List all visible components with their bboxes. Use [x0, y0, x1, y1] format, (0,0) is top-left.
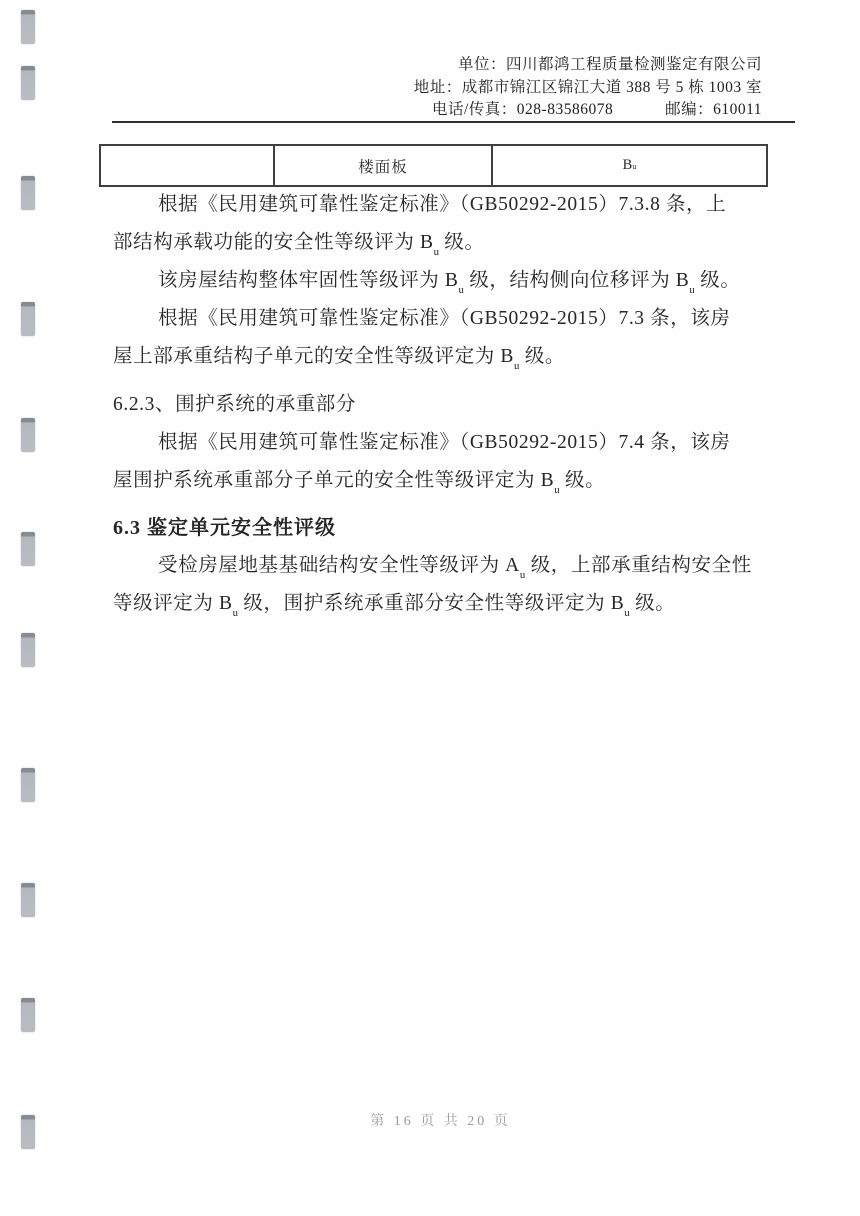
binding-hole — [21, 768, 35, 802]
paragraph: 根据《民用建筑可靠性鉴定标准》（GB50292-2015）7.3.8 条，上部结… — [113, 186, 768, 262]
paragraph-line: 等级评定为 Bu 级，围护系统承重部分安全性等级评定为 Bu 级。 — [113, 585, 768, 623]
paragraph: 根据《民用建筑可靠性鉴定标准》（GB50292-2015）7.4 条，该房屋围护… — [113, 424, 768, 500]
scanned-report-page: 单位：四川都鸿工程质量检测鉴定有限公司 地址：成都市锦江区锦江大道 388 号 … — [0, 0, 860, 1216]
paragraph-line: 根据《民用建筑可靠性鉴定标准》（GB50292-2015）7.3 条，该房 — [113, 300, 768, 338]
paragraph-line: 根据《民用建筑可靠性鉴定标准》（GB50292-2015）7.3.8 条，上 — [113, 186, 768, 224]
paragraph-line: 屋围护系统承重部分子单元的安全性等级评定为 Bu 级。 — [113, 462, 768, 500]
rating-table-row: 楼面板 Bu — [99, 144, 768, 187]
paragraph: 该房屋结构整体牢固性等级评为 Bu 级，结构侧向位移评为 Bu 级。 — [113, 262, 768, 300]
binding-hole — [21, 10, 35, 44]
page-number: 第 16 页 共 20 页 — [113, 1110, 768, 1130]
binding-hole — [21, 66, 35, 100]
letterhead-postcode: 邮编：610011 — [665, 99, 762, 122]
rating-table-cell-component: 楼面板 — [275, 146, 493, 185]
letterhead: 单位：四川都鸿工程质量检测鉴定有限公司 地址：成都市锦江区锦江大道 388 号 … — [400, 54, 762, 122]
paragraph-line: 部结构承载功能的安全性等级评为 Bu 级。 — [113, 224, 768, 262]
letterhead-contact-row: 电话/传真：028-83586078 邮编：610011 — [400, 99, 762, 122]
binding-hole — [21, 176, 35, 210]
binding-hole — [21, 302, 35, 336]
binding-hole — [21, 883, 35, 917]
letterhead-phone: 电话/传真：028-83586078 — [432, 99, 613, 122]
paragraph-line: 屋上部承重结构子单元的安全性等级评定为 Bu 级。 — [113, 338, 768, 376]
section-heading: 6.3 鉴定单元安全性评级 — [113, 509, 768, 547]
binding-hole — [21, 418, 35, 452]
rating-table-cell-grade: Bu — [493, 146, 766, 185]
letterhead-company: 单位：四川都鸿工程质量检测鉴定有限公司 — [400, 54, 762, 77]
letterhead-address: 地址：成都市锦江区锦江大道 388 号 5 栋 1003 室 — [400, 77, 762, 100]
paragraph-line: 受检房屋地基基础结构安全性等级评为 Au 级，上部承重结构安全性 — [113, 547, 768, 585]
paragraph: 根据《民用建筑可靠性鉴定标准》（GB50292-2015）7.3 条，该房屋上部… — [113, 300, 768, 376]
subsection-heading: 6.2.3、围护系统的承重部分 — [113, 386, 768, 424]
rating-table-cell-empty — [101, 146, 275, 185]
binding-hole — [21, 1115, 35, 1149]
binding-hole — [21, 998, 35, 1032]
binding-hole — [21, 633, 35, 667]
paragraph: 受检房屋地基基础结构安全性等级评为 Au 级，上部承重结构安全性等级评定为 Bu… — [113, 547, 768, 623]
binding-hole — [21, 532, 35, 566]
paragraph-line: 根据《民用建筑可靠性鉴定标准》（GB50292-2015）7.4 条，该房 — [113, 424, 768, 462]
header-divider — [112, 121, 795, 123]
paragraph-line: 该房屋结构整体牢固性等级评为 Bu 级，结构侧向位移评为 Bu 级。 — [113, 262, 768, 300]
report-body: 根据《民用建筑可靠性鉴定标准》（GB50292-2015）7.3.8 条，上部结… — [113, 186, 768, 623]
